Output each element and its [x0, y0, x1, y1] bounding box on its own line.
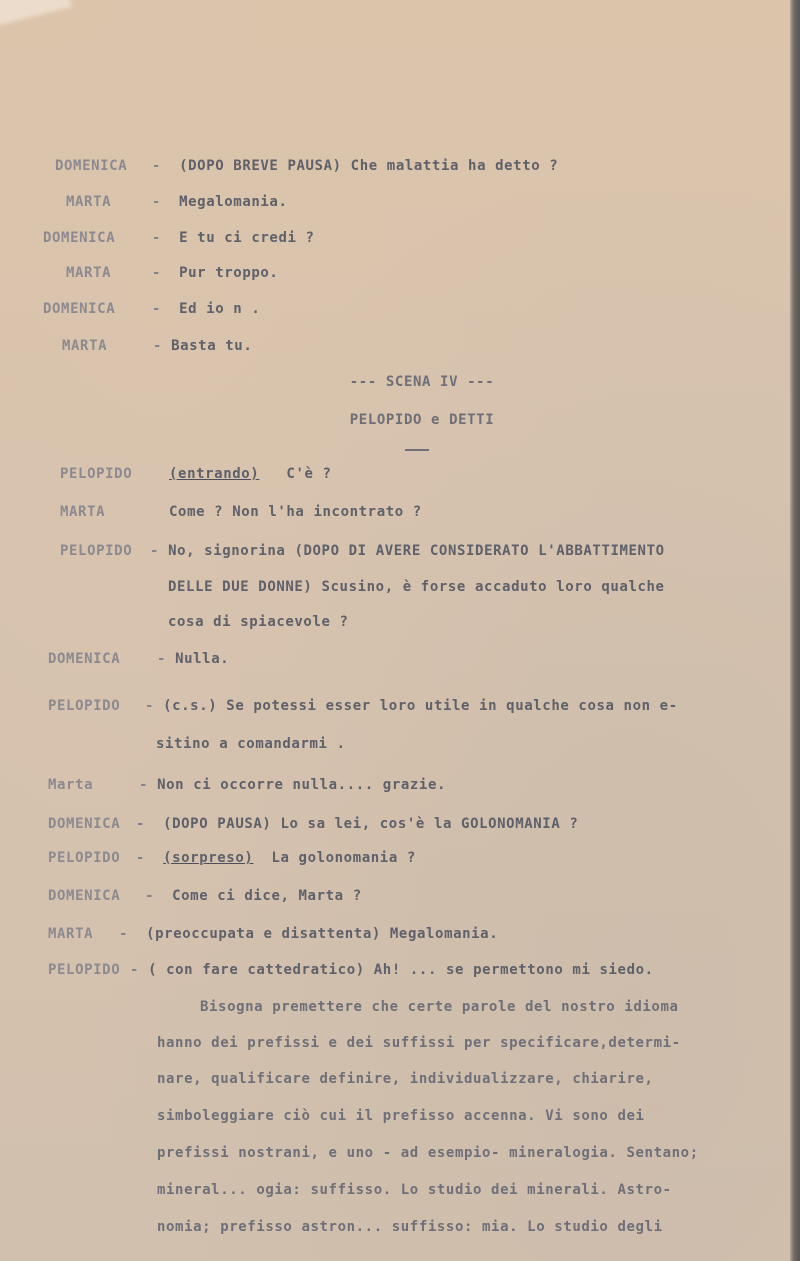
speaker: MARTA — [62, 338, 144, 354]
speaker: DOMENICA — [55, 158, 143, 174]
dialogue-line: MARTA - Basta tu. — [62, 338, 252, 354]
dialogue-line: MARTA Come ? Non l'ha incontrato ? — [60, 504, 422, 520]
separator: - — [152, 194, 161, 210]
monologue-line: prefissi nostrani, e uno - ad esempio- m… — [157, 1145, 699, 1161]
separator: - — [153, 338, 162, 354]
line-text: cosa di spiacevole ? — [168, 614, 349, 630]
speaker: PELOPIDO — [48, 962, 130, 978]
line-text: (DOPO BREVE PAUSA) Che malattia ha detto… — [179, 158, 558, 174]
dialogue-line: DOMENICA - E tu ci credi ? — [43, 230, 315, 246]
continuation-line: sitino a comandarmi . — [156, 736, 346, 752]
separator: - — [145, 888, 154, 904]
speaker: MARTA — [48, 926, 110, 942]
stage-direction: (entrando) — [169, 466, 259, 482]
speaker: DOMENICA — [48, 888, 136, 904]
stage-direction: (sorpreso) — [163, 850, 253, 866]
continuation-line: cosa di spiacevole ? — [168, 614, 349, 630]
separator: - — [119, 926, 128, 942]
monologue-line: hanno dei prefissi e dei suffissi per sp… — [157, 1035, 681, 1051]
line-text: sitino a comandarmi . — [156, 736, 346, 752]
dialogue-line: PELOPIDO - (c.s.) Se potessi esser loro … — [48, 698, 678, 714]
dialogue-line: MARTA - Megalomania. — [66, 194, 287, 210]
dialogue-line: DOMENICA- (DOPO PAUSA) Lo sa lei, cos'è … — [48, 816, 578, 832]
dialogue-line: MARTA - Pur troppo. — [66, 265, 278, 281]
scene-divider — [405, 449, 429, 451]
separator: - — [152, 301, 161, 317]
separator: - — [152, 158, 161, 174]
separator: - — [145, 698, 154, 714]
speaker: PELOPIDO — [60, 466, 160, 482]
line-text: E tu ci credi ? — [179, 230, 314, 246]
separator: - — [130, 962, 139, 978]
speaker: MARTA — [60, 504, 160, 520]
dialogue-line: PELOPIDO- (sorpreso) La golonomania ? — [48, 850, 416, 866]
speaker: DOMENICA — [48, 816, 136, 832]
dialogue-line: DOMENICA - Come ci dice, Marta ? — [48, 888, 362, 904]
scene-title: --- SCENA IV --- — [26, 374, 800, 390]
line-text: (c.s.) Se potessi esser loro utile in qu… — [163, 698, 678, 714]
monologue-line: simboleggiare ciò cui il prefisso accenn… — [157, 1108, 645, 1124]
speaker: DOMENICA — [48, 651, 148, 667]
separator: - — [152, 230, 161, 246]
speaker: MARTA — [66, 194, 143, 210]
speaker: PELOPIDO — [48, 850, 136, 866]
scene-characters: PELOPIDO e DETTI — [26, 412, 800, 428]
line-text: DELLE DUE DONNE) Scusino, è forse accadu… — [168, 579, 665, 595]
page-edge-shadow — [790, 0, 800, 1261]
monologue-line: nare, qualificare definire, individualiz… — [157, 1071, 654, 1087]
line-text: No, signorina (DOPO DI AVERE CONSIDERATO… — [168, 543, 665, 559]
continuation-line: DELLE DUE DONNE) Scusino, è forse accadu… — [168, 579, 665, 595]
monologue-line: nomia; prefisso astron... suffisso: mia.… — [157, 1219, 663, 1235]
line-text: La golonomania ? — [271, 850, 415, 866]
line-text: Non ci occorre nulla.... grazie. — [157, 777, 446, 793]
dialogue-line: DOMENICA - Nulla. — [48, 651, 229, 667]
speaker: DOMENICA — [43, 301, 143, 317]
dialogue-line: PELOPIDO- No, signorina (DOPO DI AVERE C… — [60, 543, 665, 559]
line-text: Nulla. — [175, 651, 229, 667]
speaker: MARTA — [66, 265, 143, 281]
monologue-line: mineral... ogia: suffisso. Lo studio dei… — [157, 1182, 672, 1198]
line-text: Pur troppo. — [179, 265, 278, 281]
line-text: Megalomania. — [179, 194, 287, 210]
dialogue-line: DOMENICA - (DOPO BREVE PAUSA) Che malatt… — [55, 158, 558, 174]
speaker: Marta — [48, 777, 130, 793]
dialogue-line: DOMENICA - Ed io n . — [43, 301, 260, 317]
line-text: C'è ? — [286, 466, 331, 482]
separator: - — [139, 777, 148, 793]
separator: - — [136, 816, 145, 832]
dialogue-line: Marta - Non ci occorre nulla.... grazie. — [48, 777, 446, 793]
monologue-line: Bisogna premettere che certe parole del … — [200, 999, 679, 1015]
line-text: Come ? Non l'ha incontrato ? — [169, 504, 422, 520]
dialogue-line: PELOPIDO (entrando) C'è ? — [60, 466, 332, 482]
line-text: Basta tu. — [171, 338, 252, 354]
line-text: (DOPO PAUSA) Lo sa lei, cos'è la GOLONOM… — [163, 816, 578, 832]
separator: - — [152, 265, 161, 281]
speaker: DOMENICA — [43, 230, 143, 246]
line-text: Ed io n . — [179, 301, 260, 317]
separator: - — [136, 850, 145, 866]
line-text: Come ci dice, Marta ? — [172, 888, 362, 904]
line-text: (preoccupata e disattenta) Megalomania. — [146, 926, 498, 942]
speaker: PELOPIDO — [60, 543, 150, 559]
separator: - — [150, 543, 159, 559]
separator: - — [157, 651, 166, 667]
line-text: ( con fare cattedratico) Ah! ... se perm… — [148, 962, 654, 978]
dialogue-line: PELOPIDO- ( con fare cattedratico) Ah! .… — [48, 962, 654, 978]
speaker: PELOPIDO — [48, 698, 136, 714]
dialogue-line: MARTA - (preoccupata e disattenta) Megal… — [48, 926, 498, 942]
